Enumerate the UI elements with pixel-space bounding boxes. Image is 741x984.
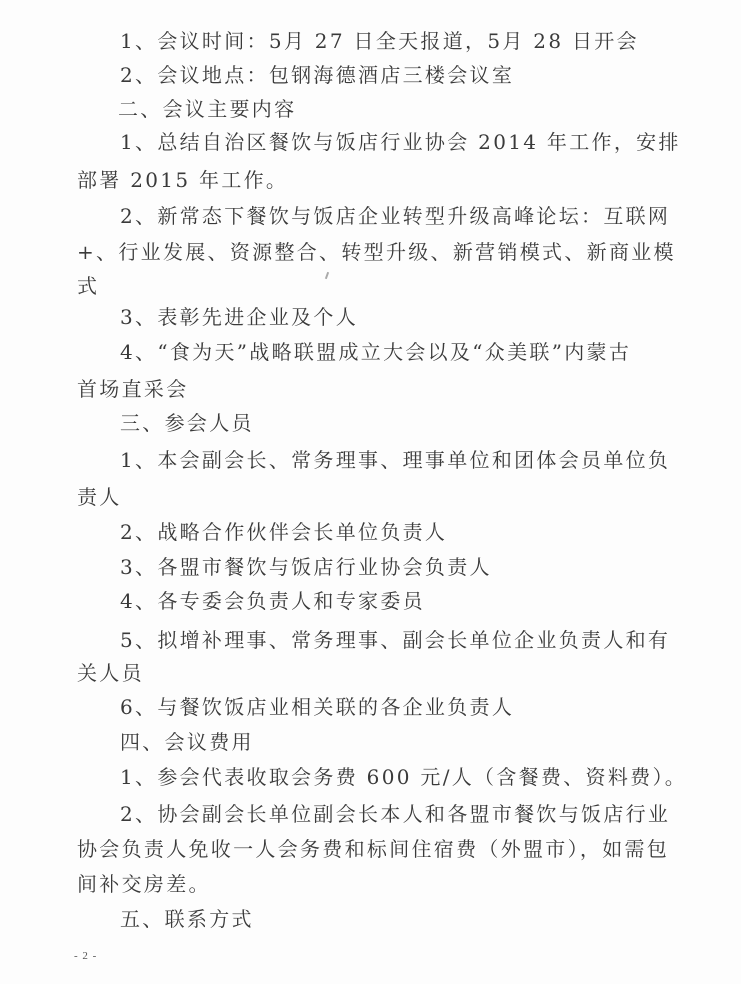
section-heading-main-content: 二、会议主要内容 <box>118 95 688 123</box>
attendee-item-2: 2、战略合作伙伴会长单位负责人 <box>120 518 690 546</box>
attendee-item-1-cont: 责人 <box>77 483 647 511</box>
fee-item-2-cont: 协会负责人免收一人会务费和标间住宿费（外盟市），如需包 <box>77 835 647 863</box>
fee-item-1: 1、参会代表收取会务费 600 元/人（含餐费、资料费）。 <box>120 763 690 791</box>
fee-item-2: 2、协会副会长单位副会长本人和各盟市餐饮与饭店行业 <box>120 800 690 828</box>
meeting-time-line: 1、会议时间：5月 27 日全天报道，5月 28 日开会 <box>120 27 690 55</box>
attendee-item-4: 4、各专委会负责人和专家委员 <box>120 587 690 615</box>
content-item-1-cont: 部署 2015 年工作。 <box>77 166 647 194</box>
attendee-item-5-cont: 关人员 <box>77 659 647 687</box>
page-number: - 2 - <box>74 950 97 962</box>
attendee-item-1: 1、本会副会长、常务理事、理事单位和团体会员单位负 <box>120 446 690 474</box>
content-item-4: 4、“食为天”战略联盟成立大会以及“众美联”内蒙古 <box>120 338 690 366</box>
content-item-2-cont-2: 式 <box>77 272 647 300</box>
section-heading-contact: 五、联系方式 <box>120 905 690 933</box>
content-item-3: 3、表彰先进企业及个人 <box>120 303 690 331</box>
content-item-2-cont: +、行业发展、资源整合、转型升级、新营销模式、新商业模 <box>77 238 647 266</box>
fee-item-2-cont-2: 间补交房差。 <box>77 870 647 898</box>
attendee-item-3: 3、各盟市餐饮与饭店行业协会负责人 <box>120 553 690 581</box>
attendee-item-5: 5、拟增补理事、常务理事、副会长单位企业负责人和有 <box>120 626 690 654</box>
content-item-1: 1、总结自治区餐饮与饭店行业协会 2014 年工作，安排 <box>120 128 690 156</box>
attendee-item-6: 6、与餐饮饭店业相关联的各企业负责人 <box>120 693 690 721</box>
content-item-2: 2、新常态下餐饮与饭店企业转型升级高峰论坛：互联网 <box>120 202 690 230</box>
document-page: 1、会议时间：5月 27 日全天报道，5月 28 日开会 2、会议地点：包钢海德… <box>0 0 741 984</box>
section-heading-attendees: 三、参会人员 <box>120 409 690 437</box>
content-item-4-cont: 首场直采会 <box>77 375 647 403</box>
section-heading-fees: 四、会议费用 <box>120 728 690 756</box>
meeting-location-line: 2、会议地点：包钢海德酒店三楼会议室 <box>120 61 690 89</box>
